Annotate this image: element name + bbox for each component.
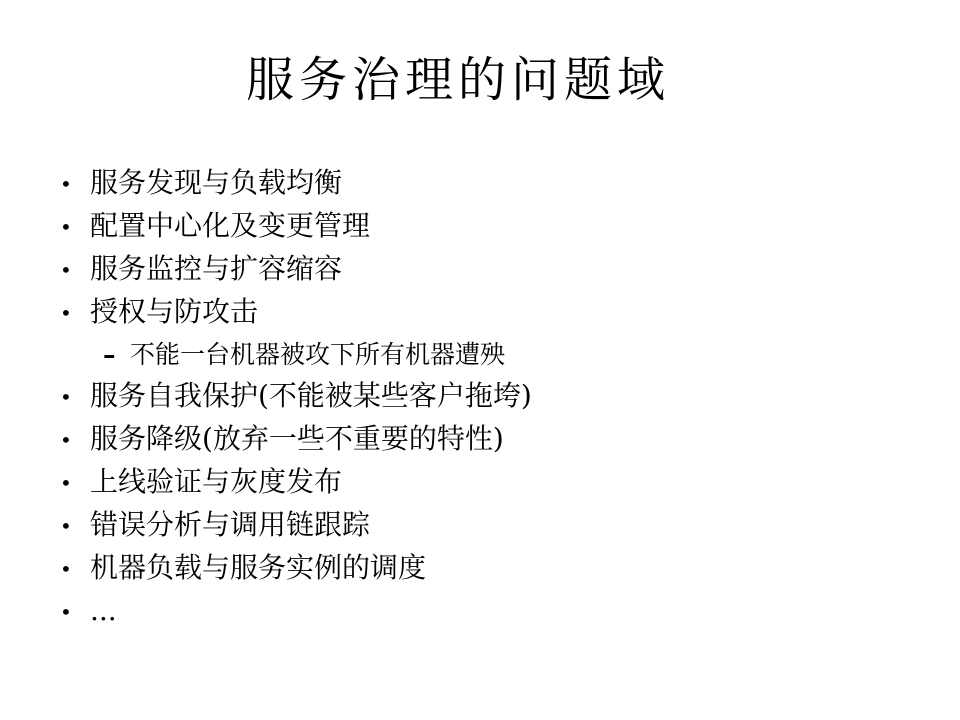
bullet-item: • 服务自我保护(不能被某些客户拖垮) — [58, 375, 930, 418]
bullet-text: 服务发现与负载均衡 — [90, 168, 342, 199]
bullet-dot-icon: • — [58, 472, 90, 494]
bullet-dot-icon: • — [58, 429, 90, 451]
bullet-item: • 错误分析与调用链跟踪 — [58, 504, 930, 547]
bullet-text: 上线验证与灰度发布 — [90, 467, 342, 498]
bullet-dot-icon: • — [58, 259, 90, 281]
slide: 服务治理的问题域 • 服务发现与负载均衡 • 配置中心化及变更管理 • 服务监控… — [0, 0, 960, 720]
sub-bullet-text: 不能一台机器被攻下所有机器遭殃 — [130, 341, 505, 369]
bullet-dot-icon: • — [58, 601, 90, 623]
bullet-text: 服务监控与扩容缩容 — [90, 254, 342, 285]
bullet-dot-icon: • — [58, 558, 90, 580]
bullet-text: 服务自我保护(不能被某些客户拖垮) — [90, 381, 532, 412]
bullet-item: • 机器负载与服务实例的调度 — [58, 547, 930, 590]
bullet-text: 授权与防攻击 — [90, 297, 258, 328]
bullet-item: • ... — [58, 590, 930, 633]
bullet-text: 机器负载与服务实例的调度 — [90, 553, 426, 584]
sub-bullet-item: – 不能一台机器被攻下所有机器遭殃 — [103, 334, 930, 375]
bullet-text: 配置中心化及变更管理 — [90, 211, 370, 242]
bullet-dot-icon: • — [58, 216, 90, 238]
bullet-item: • 授权与防攻击 — [58, 291, 930, 334]
bullet-dot-icon: • — [58, 173, 90, 195]
bullet-text: 错误分析与调用链跟踪 — [90, 510, 370, 541]
bullet-item: • 配置中心化及变更管理 — [58, 205, 930, 248]
bullet-item: • 上线验证与灰度发布 — [58, 461, 930, 504]
bullet-dot-icon: • — [58, 302, 90, 324]
bullet-item: • 服务发现与负载均衡 — [58, 162, 930, 205]
bullet-item: • 服务监控与扩容缩容 — [58, 248, 930, 291]
slide-title: 服务治理的问题域 — [0, 50, 916, 110]
bullet-text: 服务降级(放弃一些不重要的特性) — [90, 424, 504, 455]
bullet-list: • 服务发现与负载均衡 • 配置中心化及变更管理 • 服务监控与扩容缩容 • 授… — [58, 162, 930, 633]
bullet-dot-icon: • — [58, 386, 90, 408]
bullet-dot-icon: • — [58, 515, 90, 537]
bullet-text: ... — [90, 596, 117, 627]
bullet-item: • 服务降级(放弃一些不重要的特性) — [58, 418, 930, 461]
dash-icon: – — [103, 341, 130, 369]
